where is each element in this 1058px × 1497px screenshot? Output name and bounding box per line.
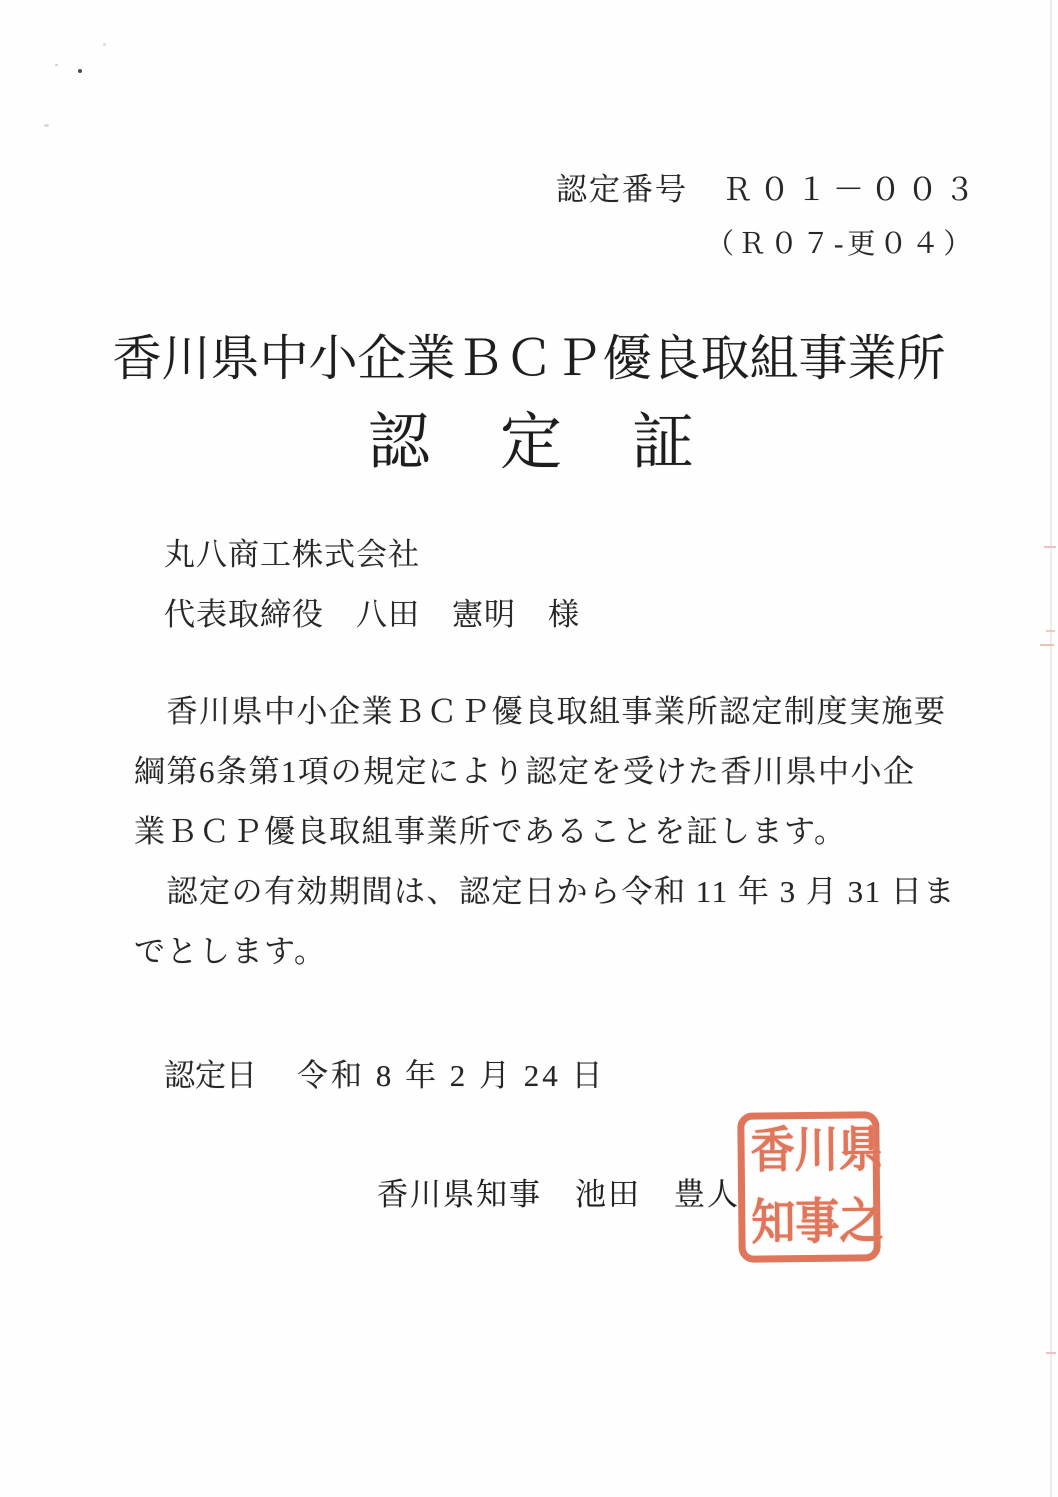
governor-seal-stamp: 香 知 川 事 県 之: [737, 1111, 881, 1262]
seal-char-icon: 香: [750, 1120, 795, 1184]
cert-revision: （Ｒ０７-更０４）: [706, 222, 975, 262]
cert-number-line: 認定番号Ｒ０１－００３: [556, 164, 981, 209]
cert-number-value: Ｒ０１－００３: [722, 172, 981, 207]
body-paragraph-1: 香川県中小企業ＢＣＰ優良取組事業所認定制度実施要 綱第6条第1項の規定により認定…: [134, 682, 934, 862]
body-paragraph-1-line-3: 業ＢＣＰ優良取組事業所であることを証します。: [134, 802, 934, 862]
scan-artifact-tick: [1046, 630, 1055, 632]
scan-speck: [140, 371, 144, 374]
body-paragraph-1-line-2: 綱第6条第1項の規定により認定を受けた香川県中小企: [134, 742, 934, 802]
body-paragraph-1-line-1: 香川県中小企業ＢＣＰ優良取組事業所認定制度実施要: [134, 682, 934, 742]
seal-char-icon: 知: [751, 1191, 796, 1255]
certificate-title-line2: 認定証: [368, 392, 764, 481]
certificate-page: 認定番号Ｒ０１－００３ （Ｒ０７-更０４） 香川県中小企業ＢＣＰ優良取組事業所 …: [0, 0, 1058, 1497]
issue-date-label: 認定日: [164, 1058, 257, 1093]
issue-date-value: 令和 8 年 2 月 24 日: [297, 1058, 606, 1093]
cert-number-label: 認定番号: [556, 172, 688, 207]
governor-signature: 香川県知事 池田 豊人: [377, 1169, 740, 1214]
body-paragraph-2-line-2: でとします。: [134, 922, 934, 982]
scan-speck: [103, 43, 106, 46]
scan-artifact-line: [1050, 0, 1052, 1497]
body-paragraph-2: 認定の有効期間は、認定日から令和 11 年 3 月 31 日ま でとします。: [134, 862, 934, 982]
seal-char-icon: 川: [794, 1119, 839, 1183]
recipient-representative: 代表取締役 八田 憲明 様: [164, 589, 580, 634]
seal-char-icon: 事: [795, 1191, 840, 1255]
seal-char-icon: 県: [838, 1119, 883, 1183]
seal-column-right: 県 之: [838, 1122, 883, 1250]
recipient-company: 丸八商工株式会社: [164, 529, 420, 574]
scan-speck: [44, 124, 49, 127]
seal-char-icon: 之: [839, 1191, 884, 1255]
seal-column-left: 香 知: [750, 1123, 795, 1251]
scan-artifact-tick: [1040, 644, 1054, 646]
scan-artifact-tick: [1046, 1352, 1056, 1354]
body-paragraph-2-line-1: 認定の有効期間は、認定日から令和 11 年 3 月 31 日ま: [134, 862, 934, 922]
scan-artifact-tick: [1044, 546, 1056, 548]
issue-date-line: 認定日令和 8 年 2 月 24 日: [164, 1050, 606, 1095]
scan-speck: [55, 64, 58, 66]
seal-column-middle: 川 事: [794, 1123, 839, 1251]
scan-speck: [78, 69, 82, 73]
certificate-title-line1: 香川県中小企業ＢＣＰ優良取組事業所: [0, 320, 1058, 390]
